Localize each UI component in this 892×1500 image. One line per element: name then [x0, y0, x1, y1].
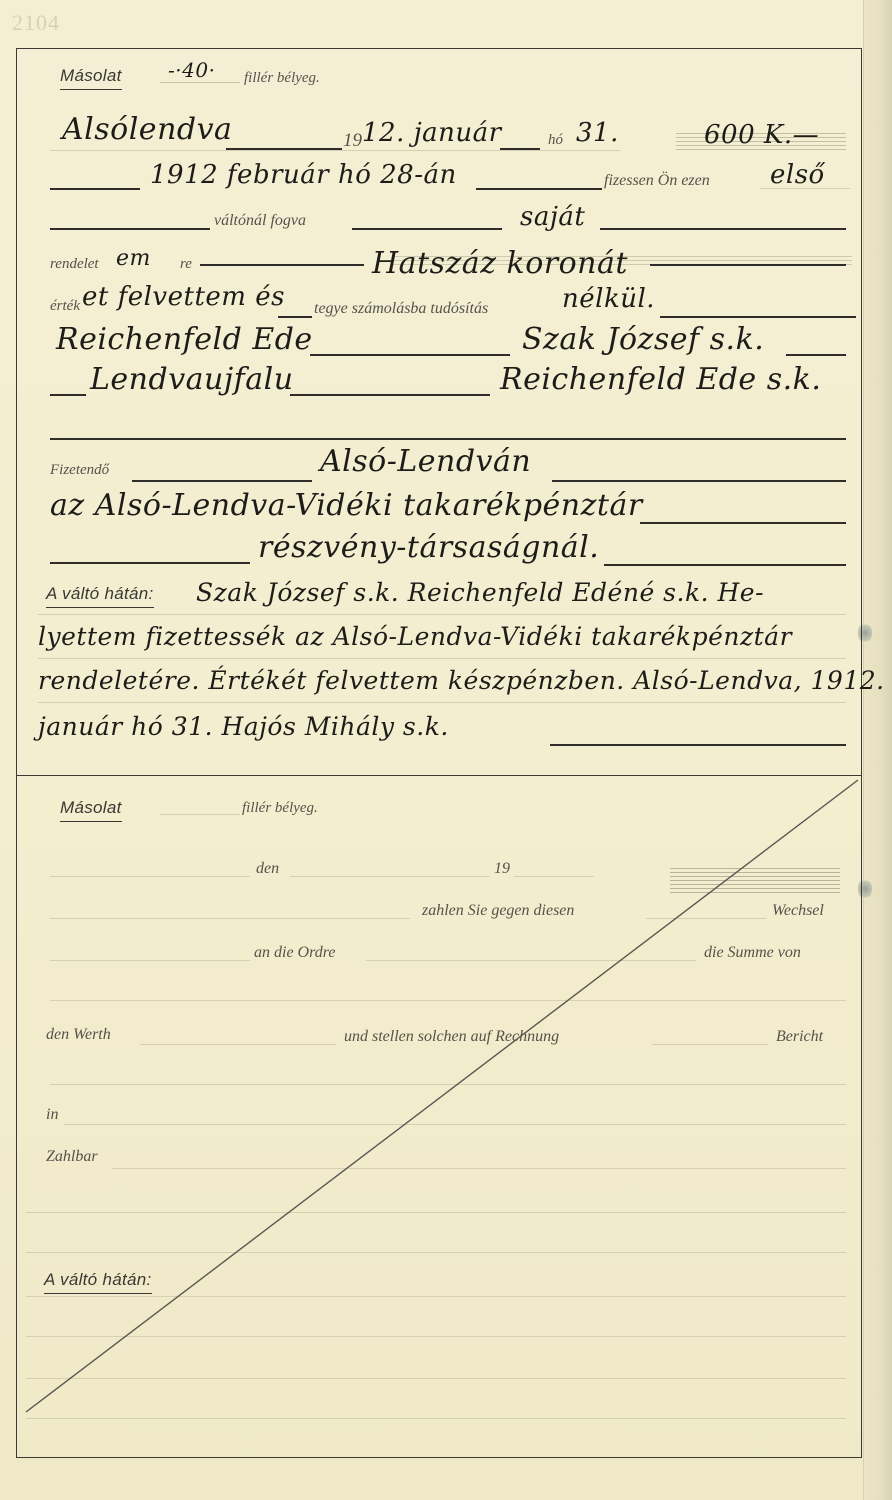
acceptor-signature: Szak József s.k. [522, 322, 764, 357]
rule [50, 562, 250, 564]
faint-page-number: 2104 [12, 10, 60, 36]
sum-words-handwritten: Hatszáz koronát [372, 246, 628, 281]
endorsement-line: Szak József s.k. Reichenfeld Edéné s.k. … [196, 578, 764, 607]
stamp-label: fillér bélyeg. [244, 70, 320, 87]
masolat-label: Másolat [60, 66, 122, 90]
rule [290, 394, 490, 396]
back-label: A váltó hátán: [46, 584, 154, 608]
due-date-handwritten: 1912 február hó 28-án [150, 160, 457, 190]
rule [38, 614, 846, 615]
payable-place-handwritten: Alsó-Lendván [320, 444, 531, 479]
rule [26, 1212, 846, 1213]
rule [760, 188, 850, 189]
rule [50, 438, 846, 440]
form-divider [16, 775, 862, 776]
rule [50, 1000, 846, 1001]
erteket-handwritten: et felvettem és [82, 282, 285, 312]
in-label: in [46, 1106, 58, 1124]
werth-label: den Werth [46, 1026, 111, 1044]
rule [660, 316, 856, 318]
rule [278, 316, 312, 318]
endorsement-line: lyettem fizettessék az Alsó-Lendva-Vidék… [38, 622, 792, 651]
page-edge [863, 0, 892, 1500]
rule [112, 1168, 846, 1169]
ordre-label: an die Ordre [254, 944, 335, 962]
rule [38, 658, 846, 659]
rule [50, 918, 410, 919]
rule [604, 564, 846, 566]
rule [550, 744, 846, 746]
rule [26, 1296, 846, 1297]
year-label: 19 [494, 860, 510, 878]
bank-line2-handwritten: részvény-társaságnál. [258, 530, 599, 565]
rule [50, 150, 620, 151]
rule [38, 702, 846, 703]
rendelet-handwritten: em [116, 246, 151, 271]
rule [290, 876, 490, 877]
stamp-rule [160, 82, 240, 83]
place-handwritten: Alsólendva [62, 112, 232, 147]
document-page: 2104 Másolat -·40· fillér bélyeg. Alsóle… [0, 0, 892, 1500]
day-handwritten: 31. [576, 118, 619, 148]
rule [600, 228, 846, 230]
rule [650, 264, 846, 266]
erteket-label: érték [50, 298, 80, 315]
rule [26, 1252, 846, 1253]
rule [50, 876, 250, 877]
rule [200, 264, 364, 266]
drawer-place-handwritten: Lendvaujfalu [90, 362, 294, 397]
zahlbar-label: Zahlbar [46, 1148, 98, 1166]
endorsement-line: rendeletére. Értékét felvettem készpénzb… [38, 666, 885, 695]
tegye-label: tegye számolásba tudósítás [314, 300, 488, 318]
den-label: den [256, 860, 279, 878]
wechsel-label: Wechsel [772, 902, 824, 920]
fizetendo-label: Fizetendő [50, 462, 109, 479]
drawer-name-handwritten: Reichenfeld Ede [56, 322, 313, 357]
back-label: A váltó hátán: [44, 1270, 152, 1294]
rule [366, 960, 696, 961]
rule [50, 960, 250, 961]
drawer-signature: Reichenfeld Ede s.k. [500, 362, 821, 397]
rule [50, 394, 86, 396]
ho-label: hó [548, 132, 563, 149]
rule [352, 228, 502, 230]
rule [50, 228, 210, 230]
rule [552, 480, 846, 482]
rendelet-label: rendelet [50, 256, 99, 273]
order-handwritten: első [770, 160, 825, 190]
bank-line1-handwritten: az Alsó-Lendva-Vidéki takarékpénztár [50, 488, 643, 523]
amount-box [670, 865, 840, 895]
rule [26, 1418, 846, 1419]
zahlen-label: zahlen Sie gegen diesen [422, 902, 574, 920]
rule [646, 918, 766, 919]
stamp-label: fillér bélyeg. [242, 800, 318, 817]
bericht-label: Bericht [776, 1028, 823, 1046]
amount-handwritten: 600 K.— [704, 120, 819, 150]
rechnung-label: und stellen solchen auf Rechnung [344, 1028, 559, 1046]
rule [310, 354, 510, 356]
year-prefix: 19 [343, 130, 362, 152]
rule [160, 814, 240, 815]
summe-label: die Summe von [704, 944, 801, 962]
rule [652, 1044, 768, 1045]
rule [26, 1336, 846, 1337]
rule [640, 522, 846, 524]
rule [64, 1124, 846, 1125]
rule [476, 188, 602, 190]
rule [786, 354, 846, 356]
re-label: re [180, 256, 192, 273]
endorsement-line: január hó 31. Hajós Mihály s.k. [38, 712, 449, 741]
rule [514, 876, 594, 877]
rule [50, 188, 140, 190]
sajat-handwritten: saját [520, 202, 585, 232]
rule [140, 1044, 336, 1045]
valtonal-label: váltónál fogva [214, 212, 306, 230]
rule [50, 1084, 846, 1085]
fizessen-label: fizessen Ön ezen [604, 172, 710, 190]
masolat-label: Másolat [60, 798, 122, 822]
stamp-value: -·40· [168, 58, 215, 82]
nelkul-handwritten: nélkül. [562, 284, 655, 314]
date-handwritten: 12. január [362, 118, 502, 148]
rule [132, 480, 312, 482]
rule [26, 1378, 846, 1379]
